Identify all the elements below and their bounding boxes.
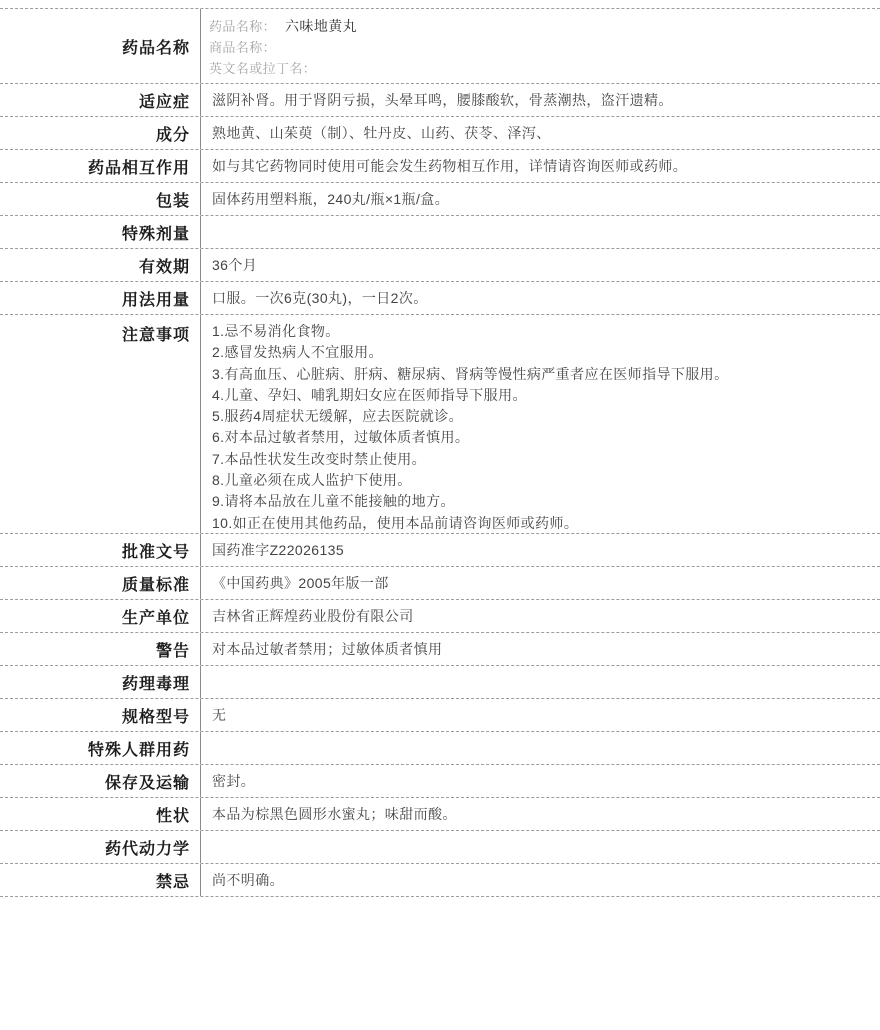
drug-name-sublabel: 药品名称： [209, 19, 276, 34]
row-label: 药理毒理 [0, 666, 201, 698]
row-label: 特殊剂量 [0, 216, 201, 248]
row-value: 滋阴补肾。用于肾阴亏损，头晕耳鸣，腰膝酸软，骨蒸潮热，盗汗遗精。 [201, 84, 880, 116]
table-row-special-dosage: 特殊剂量 [0, 215, 880, 248]
row-label: 有效期 [0, 249, 201, 281]
row-value [201, 831, 880, 863]
row-label: 批准文号 [0, 534, 201, 566]
table-row-warning: 警告 对本品过敏者禁用；过敏体质者慎用 [0, 632, 880, 665]
row-value: 吉林省正辉煌药业股份有限公司 [201, 600, 880, 632]
row-value: 《中国药典》2005年版一部 [201, 567, 880, 599]
row-label: 特殊人群用药 [0, 732, 201, 764]
drug-name-value: 六味地黄丸 [285, 18, 357, 34]
row-label: 警告 [0, 633, 201, 665]
row-label: 药代动力学 [0, 831, 201, 863]
table-row-storage-transport: 保存及运输 密封。 [0, 764, 880, 797]
trade-name-line: 商品名称： [209, 37, 868, 58]
row-value [201, 216, 880, 248]
table-row-contraindications: 禁忌 尚不明确。 [0, 863, 880, 896]
row-value: 尚不明确。 [201, 864, 880, 896]
row-value: 口服。一次6克(30丸)，一日2次。 [201, 282, 880, 314]
table-row-quality-standard: 质量标准 《中国药典》2005年版一部 [0, 566, 880, 599]
table-row-properties: 性状 本品为棕黑色圆形水蜜丸；味甜而酸。 [0, 797, 880, 830]
row-label: 包装 [0, 183, 201, 215]
row-value: 固体药用塑料瓶，240丸/瓶×1瓶/盒。 [201, 183, 880, 215]
row-label-precautions: 注意事项 [0, 315, 201, 533]
table-row-packaging: 包装 固体药用塑料瓶，240丸/瓶×1瓶/盒。 [0, 182, 880, 215]
row-label: 规格型号 [0, 699, 201, 731]
trade-name-sublabel: 商品名称： [209, 40, 276, 55]
table-row-approval-number: 批准文号 国药准字Z22026135 [0, 533, 880, 566]
row-label: 生产单位 [0, 600, 201, 632]
table-row-dosage-usage: 用法用量 口服。一次6克(30丸)，一日2次。 [0, 281, 880, 314]
row-value [201, 732, 880, 764]
row-label: 适应症 [0, 84, 201, 116]
precaution-item: 7.本品性状发生改变时禁止使用。 [212, 449, 868, 470]
row-label: 用法用量 [0, 282, 201, 314]
row-value: 密封。 [201, 765, 880, 797]
row-value-drug-name: 药品名称：六味地黄丸 商品名称： 英文名或拉丁名： [201, 9, 880, 83]
row-label: 药品相互作用 [0, 150, 201, 182]
row-label: 成分 [0, 117, 201, 149]
row-value: 对本品过敏者禁用；过敏体质者慎用 [201, 633, 880, 665]
table-row-specification: 规格型号 无 [0, 698, 880, 731]
table-row-precautions: 注意事项 1.忌不易消化食物。 2.感冒发热病人不宜服用。 3.有高血压、心脏病… [0, 314, 880, 533]
row-value-precautions: 1.忌不易消化食物。 2.感冒发热病人不宜服用。 3.有高血压、心脏病、肝病、糖… [201, 315, 880, 533]
row-value: 如与其它药物同时使用可能会发生药物相互作用，详情请咨询医师或药师。 [201, 150, 880, 182]
drug-info-table: 药品名称 药品名称：六味地黄丸 商品名称： 英文名或拉丁名： 适应症 滋阴补肾。… [0, 8, 880, 897]
row-label: 禁忌 [0, 864, 201, 896]
row-value: 本品为棕黑色圆形水蜜丸；味甜而酸。 [201, 798, 880, 830]
precaution-item: 1.忌不易消化食物。 [212, 321, 868, 342]
precaution-item: 10.如正在使用其他药品，使用本品前请咨询医师或药师。 [212, 513, 868, 534]
row-value: 36个月 [201, 249, 880, 281]
table-row-interactions: 药品相互作用 如与其它药物同时使用可能会发生药物相互作用，详情请咨询医师或药师。 [0, 149, 880, 182]
row-label: 保存及运输 [0, 765, 201, 797]
precaution-item: 6.对本品过敏者禁用，过敏体质者慎用。 [212, 427, 868, 448]
row-label: 质量标准 [0, 567, 201, 599]
table-row-drug-name: 药品名称 药品名称：六味地黄丸 商品名称： 英文名或拉丁名： [0, 8, 880, 83]
table-row-shelf-life: 有效期 36个月 [0, 248, 880, 281]
drug-name-line: 药品名称：六味地黄丸 [209, 16, 868, 37]
precaution-item: 4.儿童、孕妇、哺乳期妇女应在医师指导下服用。 [212, 385, 868, 406]
row-label-drug-name: 药品名称 [0, 9, 201, 83]
precaution-item: 2.感冒发热病人不宜服用。 [212, 342, 868, 363]
row-value [201, 666, 880, 698]
row-value: 国药准字Z22026135 [201, 534, 880, 566]
table-row-pharmacokinetics: 药代动力学 [0, 830, 880, 863]
row-value: 无 [201, 699, 880, 731]
english-name-line: 英文名或拉丁名： [209, 58, 868, 79]
precaution-item: 5.服药4周症状无缓解，应去医院就诊。 [212, 406, 868, 427]
english-name-sublabel: 英文名或拉丁名： [209, 61, 316, 76]
table-row-special-populations: 特殊人群用药 [0, 731, 880, 764]
row-label: 性状 [0, 798, 201, 830]
table-row-manufacturer: 生产单位 吉林省正辉煌药业股份有限公司 [0, 599, 880, 632]
precaution-item: 8.儿童必须在成人监护下使用。 [212, 470, 868, 491]
row-value: 熟地黄、山茱萸（制）、牡丹皮、山药、茯苓、泽泻、 [201, 117, 880, 149]
precaution-item: 3.有高血压、心脏病、肝病、糖尿病、肾病等慢性病严重者应在医师指导下服用。 [212, 364, 868, 385]
precaution-item: 9.请将本品放在儿童不能接触的地方。 [212, 491, 868, 512]
table-row-indications: 适应症 滋阴补肾。用于肾阴亏损，头晕耳鸣，腰膝酸软，骨蒸潮热，盗汗遗精。 [0, 83, 880, 116]
table-row-pharmacology-toxicology: 药理毒理 [0, 665, 880, 698]
table-row-ingredients: 成分 熟地黄、山茱萸（制）、牡丹皮、山药、茯苓、泽泻、 [0, 116, 880, 149]
